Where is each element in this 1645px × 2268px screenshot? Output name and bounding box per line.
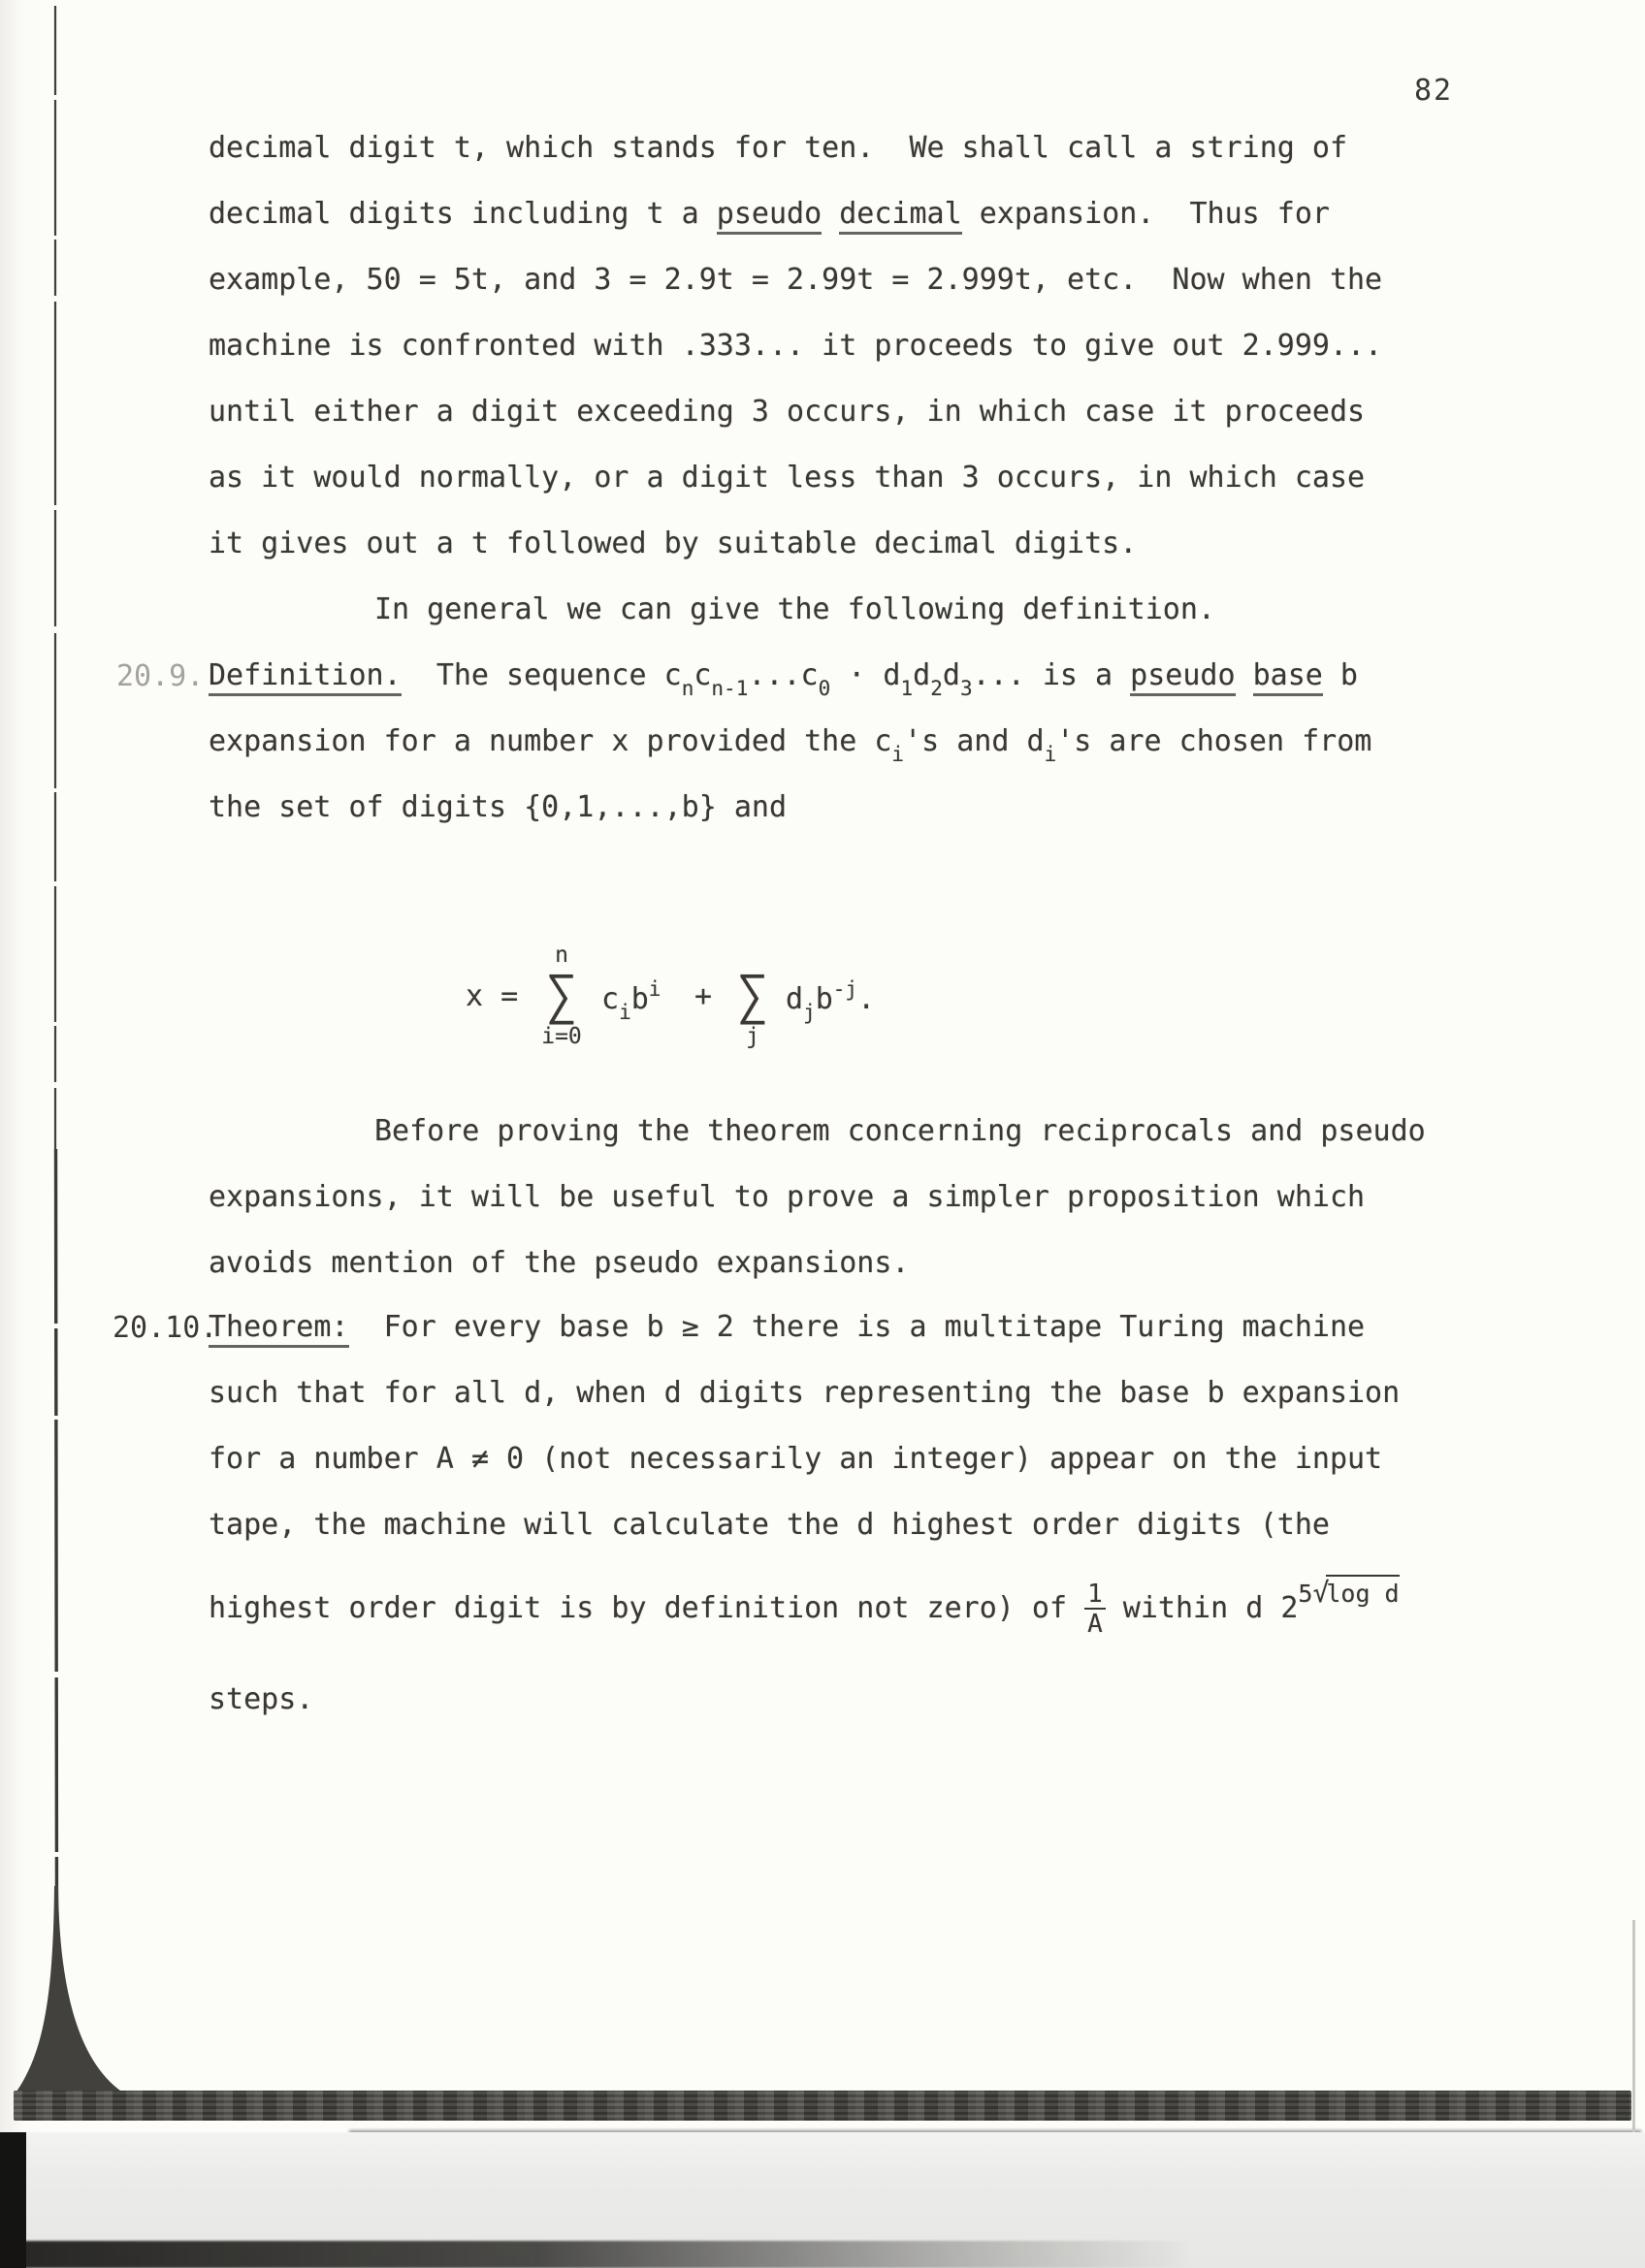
photocopy-dark-band xyxy=(14,2091,1631,2121)
text-run: b xyxy=(1323,658,1358,692)
text-line: decimal digits including t a pseudo deci… xyxy=(209,198,1330,231)
text-run: machine is confronted with .333... it pr… xyxy=(209,329,1382,363)
text-line: expansions, it will be useful to prove a… xyxy=(209,1181,1365,1214)
subscript: n-1 xyxy=(711,677,748,700)
text-line: In general we can give the following def… xyxy=(374,593,1215,626)
underlined-text: pseudo xyxy=(1130,658,1235,696)
text-run: expansion for a number x provided the c xyxy=(209,724,891,758)
numerator: 1 xyxy=(1084,1581,1106,1610)
text-run: d xyxy=(943,658,960,692)
text-run: ...c xyxy=(748,658,818,692)
exponent: 5√log d xyxy=(1298,1580,1399,1608)
text-run: d xyxy=(913,658,930,692)
text-line: expansion for a number x provided the ci… xyxy=(209,725,1371,771)
underlined-text: decimal xyxy=(839,197,961,235)
text-run: avoids mention of the pseudo expansions. xyxy=(209,1246,909,1280)
text-run: expansion. Thus for xyxy=(962,197,1330,231)
text-run: as it would normally, or a digit less th… xyxy=(209,461,1365,495)
subscript: j xyxy=(803,1001,816,1024)
subscript: i xyxy=(891,743,904,766)
text-line: avoids mention of the pseudo expansions. xyxy=(209,1247,909,1280)
text-line: example, 50 = 5t, and 3 = 2.9t = 2.99t =… xyxy=(209,264,1382,297)
superscript: i xyxy=(649,977,661,1001)
text-run: 5 xyxy=(1298,1580,1312,1608)
page-number: 82 xyxy=(1414,74,1453,108)
text-run: In general we can give the following def… xyxy=(374,592,1215,626)
subscript: 2 xyxy=(930,677,943,700)
text-run xyxy=(402,658,436,692)
text-line: Theorem: For every base b ≥ 2 there is a… xyxy=(209,1311,1365,1344)
section-label: 20.10. xyxy=(113,1311,217,1345)
scan-crease-line xyxy=(0,0,213,2133)
text-run: such that for all d, when d digits repre… xyxy=(209,1376,1400,1410)
text-line: until either a digit exceeding 3 occurs,… xyxy=(209,396,1365,429)
text-run: Before proving the theorem concerning re… xyxy=(374,1114,1426,1148)
underlined-text: Theorem: xyxy=(209,1310,349,1348)
text-run xyxy=(822,197,839,231)
text-run: expansions, it will be useful to prove a… xyxy=(209,1180,1365,1214)
subscript: n xyxy=(682,677,694,700)
text-run: . xyxy=(857,982,875,1016)
text-run: ... is a xyxy=(973,658,1131,692)
underlined-text: base xyxy=(1253,658,1323,696)
text-run: decimal digits including t a xyxy=(209,197,717,231)
sum-lower-limit: i=0 xyxy=(528,1024,596,1049)
formula-term: djb-j. xyxy=(786,977,875,1024)
text-line: highest order digit is by definition not… xyxy=(209,1575,1400,1637)
bottom-scan-smear xyxy=(0,2241,1193,2268)
underlined-text: pseudo xyxy=(717,197,822,235)
fraction: 1A xyxy=(1084,1581,1106,1637)
summation-i: n∑i=0 xyxy=(528,942,596,1049)
text-run: c xyxy=(693,658,711,692)
sum-lower-limit: j xyxy=(729,1024,776,1049)
sigma-glyph: ∑ xyxy=(729,968,776,1024)
superscript: -j xyxy=(833,977,857,1001)
subscript: 1 xyxy=(901,677,914,700)
text-run: d xyxy=(786,982,803,1016)
text-run: within d 2 xyxy=(1106,1591,1299,1625)
text-run: The sequence c xyxy=(436,658,682,692)
math-formula: x = n∑i=0 cibi + ∑j djb-j. xyxy=(466,942,921,1083)
text-run: highest order digit is by definition not… xyxy=(209,1591,1084,1625)
text-run: 's and d xyxy=(904,724,1045,758)
text-run: b xyxy=(816,982,833,1016)
text-run xyxy=(1236,658,1253,692)
subscript: i xyxy=(619,1001,631,1024)
plus-sign: + xyxy=(694,979,712,1013)
text-run: for a number A ≠ 0 (not necessarily an i… xyxy=(209,1442,1382,1476)
text-run: tape, the machine will calculate the d h… xyxy=(209,1508,1330,1542)
text-line: as it would normally, or a digit less th… xyxy=(209,462,1365,495)
text-line: Definition. The sequence cncn-1...c0 · d… xyxy=(209,659,1358,705)
text-line: for a number A ≠ 0 (not necessarily an i… xyxy=(209,1443,1382,1476)
formula-lhs: x = xyxy=(466,979,535,1013)
text-line: Before proving the theorem concerning re… xyxy=(374,1115,1426,1148)
denominator: A xyxy=(1084,1610,1106,1637)
text-line: machine is confronted with .333... it pr… xyxy=(209,330,1382,363)
text-run: example, 50 = 5t, and 3 = 2.9t = 2.99t =… xyxy=(209,263,1382,297)
text-run: steps. xyxy=(209,1682,313,1716)
formula-term: cibi xyxy=(601,977,661,1024)
text-run: the set of digits {0,1,...,b} and xyxy=(209,790,787,824)
text-line: tape, the machine will calculate the d h… xyxy=(209,1509,1330,1542)
subscript: 0 xyxy=(819,677,831,700)
text-run: decimal digit t, which stands for ten. W… xyxy=(209,131,1347,165)
text-line: it gives out a t followed by suitable de… xyxy=(209,527,1137,560)
subscript: 3 xyxy=(960,677,973,700)
sigma-glyph: ∑ xyxy=(528,968,596,1024)
text-line: the set of digits {0,1,...,b} and xyxy=(209,791,787,824)
underlined-text: Definition. xyxy=(209,658,402,696)
subscript: i xyxy=(1045,743,1057,766)
text-line: decimal digit t, which stands for ten. W… xyxy=(209,132,1347,165)
text-run: c xyxy=(601,982,619,1016)
sheet-right-edge xyxy=(1632,1920,1635,2132)
text-run: 's are chosen from xyxy=(1056,724,1371,758)
text-line: such that for all d, when d digits repre… xyxy=(209,1377,1400,1410)
text-run: · d xyxy=(830,658,900,692)
radicand: log d xyxy=(1326,1575,1399,1611)
scanned-document-page: 82 decimal digit t, which stands for ten… xyxy=(0,0,1645,2268)
text-run: For every base b ≥ 2 there is a multitap… xyxy=(349,1310,1366,1344)
text-line: steps. xyxy=(209,1683,313,1716)
text-run: until either a digit exceeding 3 occurs,… xyxy=(209,395,1365,429)
text-run: b xyxy=(631,982,649,1016)
section-label: 20.9. xyxy=(116,659,204,693)
summation-j: ∑j xyxy=(729,968,776,1049)
text-run: it gives out a t followed by suitable de… xyxy=(209,527,1137,560)
